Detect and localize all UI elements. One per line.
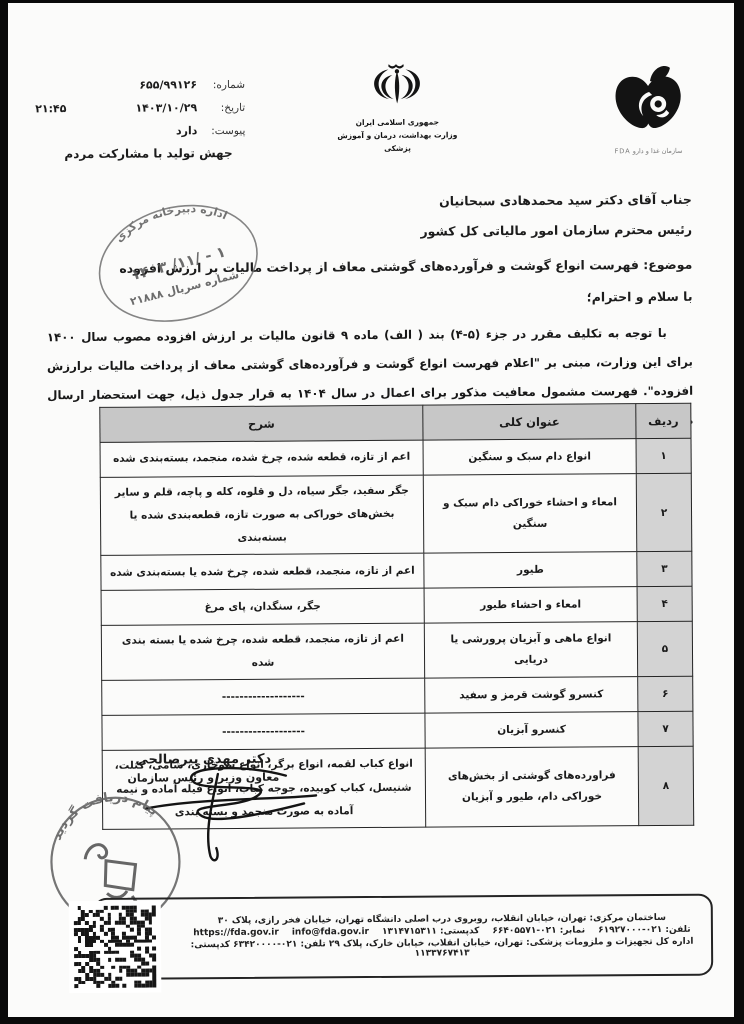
row-no: ۳: [637, 552, 692, 587]
row-category: فراورده‌های گوشتی از بخش‌های خوراکی دام،…: [425, 747, 639, 827]
footer-address-line: ساختمان مرکزی: تهران، خیابان انقلاب، روب…: [187, 913, 697, 927]
table-row: ۲ امعاء و احشاء خوراکی دام سبک و سنگین ج…: [100, 473, 692, 555]
recipient-title: رئیس محترم سازمان امور مالیاتی کل کشور: [46, 220, 692, 242]
row-no: ۸: [638, 747, 694, 826]
letter-number-row: شماره: ۶۵۵/۹۹۱۲۶: [35, 78, 245, 92]
fda-logo-caption: سازمان غذا و دارو FDA: [583, 147, 713, 156]
iran-emblem-icon: [368, 55, 426, 117]
row-no: ۲: [636, 473, 692, 552]
fda-logo: سازمان غذا و دارو FDA: [583, 59, 714, 156]
row-description: جگر سفید، جگر سیاه، دل و قلوه، کله و پاچ…: [100, 475, 424, 556]
row-no: ۷: [638, 712, 693, 747]
footer-email: info@fda.gov.ir: [292, 927, 369, 938]
table-row: ۴ امعاء و احشاء طیور جگر، سنگدان، پای مر…: [101, 587, 692, 626]
emblem-caption-country: جمهوری اسلامی ایران: [337, 116, 457, 130]
qr-code: [69, 900, 162, 993]
row-category: امعاء و احشاء خوراکی دام سبک و سنگین: [423, 474, 637, 554]
subject-text: فهرست انواع گوشت و فرآورده‌های گوشتی معا…: [119, 257, 639, 276]
footer-postal-code: کدپستی: ۱۳۱۴۷۱۵۳۱۱: [382, 926, 479, 937]
col-header-description: شرح: [100, 405, 423, 442]
scanned-letter-page: شماره: ۶۵۵/۹۹۱۲۶ تاریخ: ۱۴۰۳/۱۰/۲۹ ۲۱:۴۵…: [8, 3, 734, 1017]
row-description: -------------------: [102, 714, 425, 751]
table-row: ۱ انواع دام سبک و سنگین اعم از تازه، قطع…: [100, 438, 691, 477]
row-description: جگر، سنگدان، پای مرغ: [101, 588, 424, 625]
table-row: ۶ کنسرو گوشت قرمز و سفید ---------------…: [102, 677, 693, 716]
signer-name: دکتر مهدی پیرصالحی: [96, 751, 311, 768]
emblem-caption-ministry: وزارت بهداشت، درمان و آموزش پزشکی: [337, 129, 457, 155]
subject-label: موضوع:: [643, 257, 692, 272]
row-description: اعم از تازه، منجمد، قطعه شده، چرخ شده یا…: [101, 553, 424, 590]
row-no: ۴: [637, 587, 692, 622]
salutation: با سلام و احترام؛: [46, 287, 692, 309]
table-row: ۳ طیور اعم از تازه، منجمد، قطعه شده، چرخ…: [101, 552, 692, 591]
footer-contact-line: تلفن: ۰۲۱-۶۱۹۲۷۰۰۰ نمابر: ۰۲۱-۶۶۴۰۵۵۷۱ ک…: [187, 925, 697, 939]
signature-block: دکتر مهدی پیرصالحی معاون وزیر و رئیس ساز…: [96, 751, 311, 785]
letter-attachment-row: پیوست: دارد: [35, 124, 245, 138]
col-header-category: عنوان کلی: [423, 404, 636, 440]
fda-apple-icon: [605, 59, 692, 144]
row-category: کنسرو آبزیان: [425, 712, 638, 748]
iran-emblem: جمهوری اسلامی ایران وزارت بهداشت، درمان …: [337, 54, 458, 155]
footer-equipment-office-line: اداره کل تجهیزات و ملزومات پزشکی: تهران،…: [187, 937, 697, 961]
subject-line: موضوع: فهرست انواع گوشت و فرآورده‌های گو…: [46, 256, 692, 278]
letter-time-value: ۲۱:۴۵: [35, 102, 66, 115]
letter-date-value: ۱۴۰۳/۱۰/۲۹: [135, 101, 197, 114]
letter-date-row: تاریخ: ۱۴۰۳/۱۰/۲۹ ۲۱:۴۵: [35, 101, 245, 115]
col-header-row-no: ردیف: [636, 403, 691, 438]
row-category: امعاء و احشاء طیور: [424, 587, 637, 623]
recipient-name: جناب آقای دکتر سید محمدهادی سبحانیان: [46, 191, 692, 213]
footer-phone: تلفن: ۰۲۱-۶۱۹۲۷۰۰۰: [598, 925, 691, 936]
year-slogan: جهش تولید با مشارکت مردم: [53, 146, 243, 161]
footer-contact-box: ساختمان مرکزی: تهران، خیابان انقلاب، روب…: [93, 894, 714, 980]
letter-date-label: تاریخ:: [205, 102, 245, 114]
row-description: -------------------: [102, 679, 425, 716]
row-category: انواع دام سبک و سنگین: [423, 439, 636, 475]
row-no: ۶: [638, 677, 693, 712]
row-category: کنسرو گوشت قرمز و سفید: [425, 677, 638, 713]
letter-attachment-value: دارد: [176, 124, 197, 137]
letter-attachment-label: پیوست:: [205, 125, 245, 137]
table-header-row: ردیف عنوان کلی شرح: [100, 403, 691, 442]
row-description: اعم از تازه، قطعه شده، چرخ شده، منجمد، ب…: [100, 440, 423, 477]
row-description: اعم از تازه، منجمد، قطعه شده، چرخ شده یا…: [101, 623, 424, 680]
row-no: ۵: [637, 622, 692, 678]
footer-fax: نمابر: ۰۲۱-۶۶۴۰۵۵۷۱: [492, 926, 585, 937]
table-row: ۷ کنسرو آبزیان -------------------: [102, 712, 693, 751]
row-category: انواع ماهی و آبزیان پرورشی یا دریایی: [424, 622, 637, 679]
letter-number-value: ۶۵۵/۹۹۱۲۶: [139, 78, 197, 91]
row-category: طیور: [424, 552, 637, 588]
footer-website: https://fda.gov.ir: [193, 928, 279, 939]
row-no: ۱: [636, 438, 691, 473]
letter-number-label: شماره:: [205, 79, 245, 91]
table-row: ۵ انواع ماهی و آبزیان پرورشی یا دریایی ا…: [101, 622, 692, 681]
letterhead-fields: شماره: ۶۵۵/۹۹۱۲۶ تاریخ: ۱۴۰۳/۱۰/۲۹ ۲۱:۴۵…: [35, 78, 245, 148]
recipient-block: جناب آقای دکتر سید محمدهادی سبحانیان رئی…: [46, 191, 693, 322]
signer-title: معاون وزیر و رئیس سازمان: [96, 770, 311, 785]
